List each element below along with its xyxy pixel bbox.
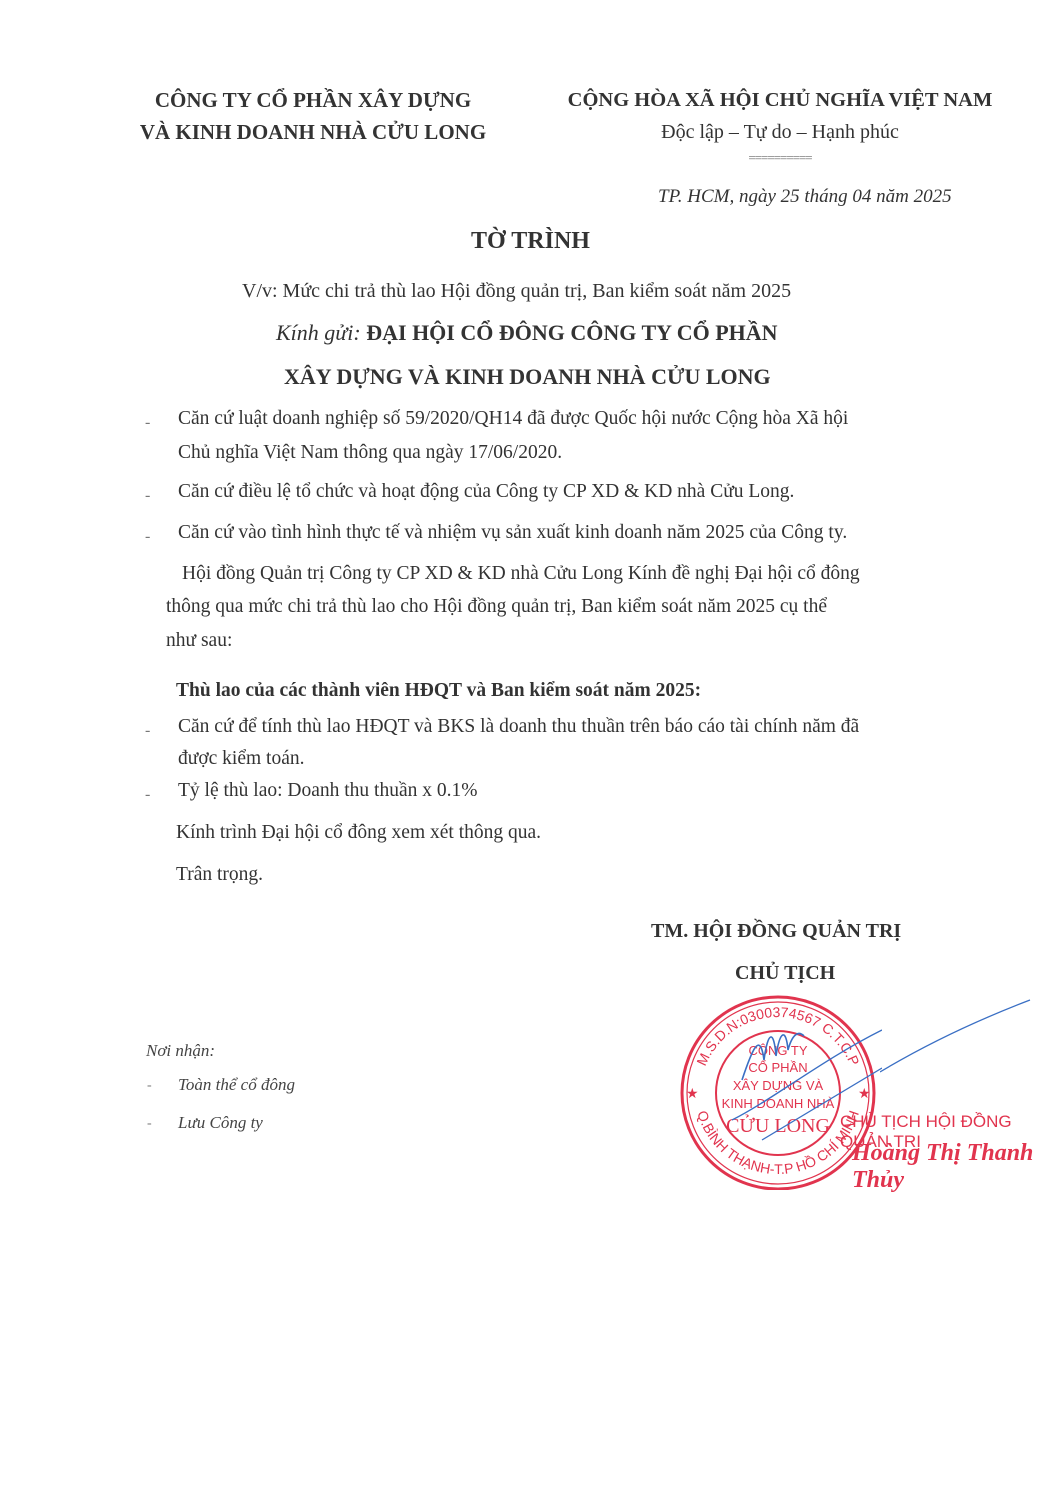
- remuneration-heading: Thù lao của các thành viên HĐQT và Ban k…: [176, 680, 701, 702]
- proposal-line1: Hội đồng Quản trị Công ty CP XD & KD nhà…: [182, 563, 860, 585]
- national-motto: Độc lập – Tự do – Hạnh phúc: [545, 116, 1015, 148]
- svg-text:KINH DOANH NHÀ: KINH DOANH NHÀ: [722, 1096, 835, 1111]
- bullet-dash: -: [145, 528, 150, 546]
- proposal-line3: như sau:: [166, 630, 232, 652]
- remuneration-rate: Tỷ lệ thù lao: Doanh thu thuần x 0.1%: [178, 780, 478, 802]
- motto-separator: ==========: [545, 150, 1015, 166]
- closing-regards: Trân trọng.: [176, 864, 263, 886]
- remuneration-basis-line1: Căn cứ để tính thù lao HĐQT và BKS là do…: [178, 716, 859, 738]
- bullet-dash: -: [145, 722, 150, 740]
- addressee-prefix: Kính gửi:: [276, 320, 361, 345]
- svg-text:CỔ PHẦN: CỔ PHẦN: [748, 1060, 807, 1075]
- remuneration-basis-line2: được kiểm toán.: [178, 748, 304, 770]
- national-heading-block: CỘNG HÒA XÃ HỘI CHỦ NGHĨA VIỆT NAM Độc l…: [545, 84, 1015, 166]
- recipient-item: Toàn thể cổ đông: [178, 1075, 295, 1095]
- document-date: TP. HCM, ngày 25 tháng 04 năm 2025: [658, 186, 952, 208]
- chairman-name-stamp: Hoàng Thị Thanh Thủy: [852, 1140, 1061, 1194]
- document-subject: V/v: Mức chi trả thù lao Hội đồng quản t…: [242, 280, 791, 303]
- company-name-line2: VÀ KINH DOANH NHÀ CỬU LONG: [118, 116, 508, 148]
- addressee-line2: XÂY DỰNG VÀ KINH DOANH NHÀ CỬU LONG: [284, 364, 771, 390]
- addressee-line1: Kính gửi: ĐẠI HỘI CỔ ĐÔNG CÔNG TY CỔ PHẦ…: [276, 320, 778, 346]
- document-title: TỜ TRÌNH: [0, 228, 1061, 255]
- stamp-seal-icon: M.S.D.N:0300374567 C.T.C.P Q.BÌNH THẠNH-…: [672, 990, 882, 1190]
- bullet-dash: -: [145, 786, 150, 804]
- closing-request: Kính trình Đại hội cổ đông xem xét thông…: [176, 822, 541, 844]
- addressee-name-1: ĐẠI HỘI CỔ ĐÔNG CÔNG TY CỔ PHẦN: [366, 320, 777, 345]
- basis-1-line1: Căn cứ luật doanh nghiệp số 59/2020/QH14…: [178, 408, 848, 430]
- bullet-dash: -: [145, 414, 150, 432]
- nation-name: CỘNG HÒA XÃ HỘI CHỦ NGHĨA VIỆT NAM: [545, 84, 1015, 116]
- bullet-dash: -: [147, 1116, 152, 1132]
- signature-position: CHỦ TỊCH: [735, 962, 835, 985]
- recipient-item: Lưu Công ty: [178, 1113, 263, 1133]
- svg-text:M.S.D.N:0300374567 C.T.C.P: M.S.D.N:0300374567 C.T.C.P: [693, 1004, 862, 1068]
- basis-1-line2: Chủ nghĩa Việt Nam thông qua ngày 17/06/…: [178, 442, 562, 464]
- svg-text:★: ★: [858, 1086, 871, 1102]
- signature-on-behalf: TM. HỘI ĐỒNG QUẢN TRỊ: [651, 920, 901, 943]
- basis-3: Căn cứ vào tình hình thực tế và nhiệm vụ…: [178, 522, 847, 544]
- basis-2: Căn cứ điều lệ tổ chức và hoạt động của …: [178, 481, 794, 503]
- svg-text:CỬU LONG: CỬU LONG: [726, 1114, 830, 1137]
- company-name-line1: CÔNG TY CỔ PHẦN XÂY DỰNG: [118, 84, 508, 116]
- company-name-block: CÔNG TY CỔ PHẦN XÂY DỰNG VÀ KINH DOANH N…: [118, 84, 508, 148]
- signature-stroke-icon: [880, 998, 1040, 1078]
- proposal-line2: thông qua mức chi trả thù lao cho Hội đồ…: [166, 596, 827, 618]
- company-stamp: M.S.D.N:0300374567 C.T.C.P Q.BÌNH THẠNH-…: [672, 990, 882, 1190]
- bullet-dash: -: [147, 1078, 152, 1094]
- svg-text:★: ★: [686, 1086, 699, 1102]
- bullet-dash: -: [145, 487, 150, 505]
- recipients-label: Nơi nhận:: [146, 1041, 215, 1061]
- svg-text:XÂY DỰNG VÀ: XÂY DỰNG VÀ: [733, 1078, 824, 1093]
